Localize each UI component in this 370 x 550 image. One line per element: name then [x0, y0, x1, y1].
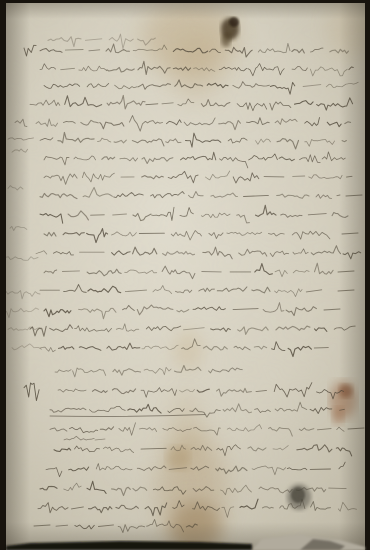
manuscript-scan-svg — [0, 0, 370, 550]
paper-grain-texture — [6, 3, 365, 550]
left-edge-shade — [6, 3, 30, 550]
right-edge-shade — [339, 3, 365, 550]
manuscript-scan — [0, 0, 370, 550]
paper-content — [5, 0, 370, 550]
top-edge-shade — [6, 3, 365, 19]
